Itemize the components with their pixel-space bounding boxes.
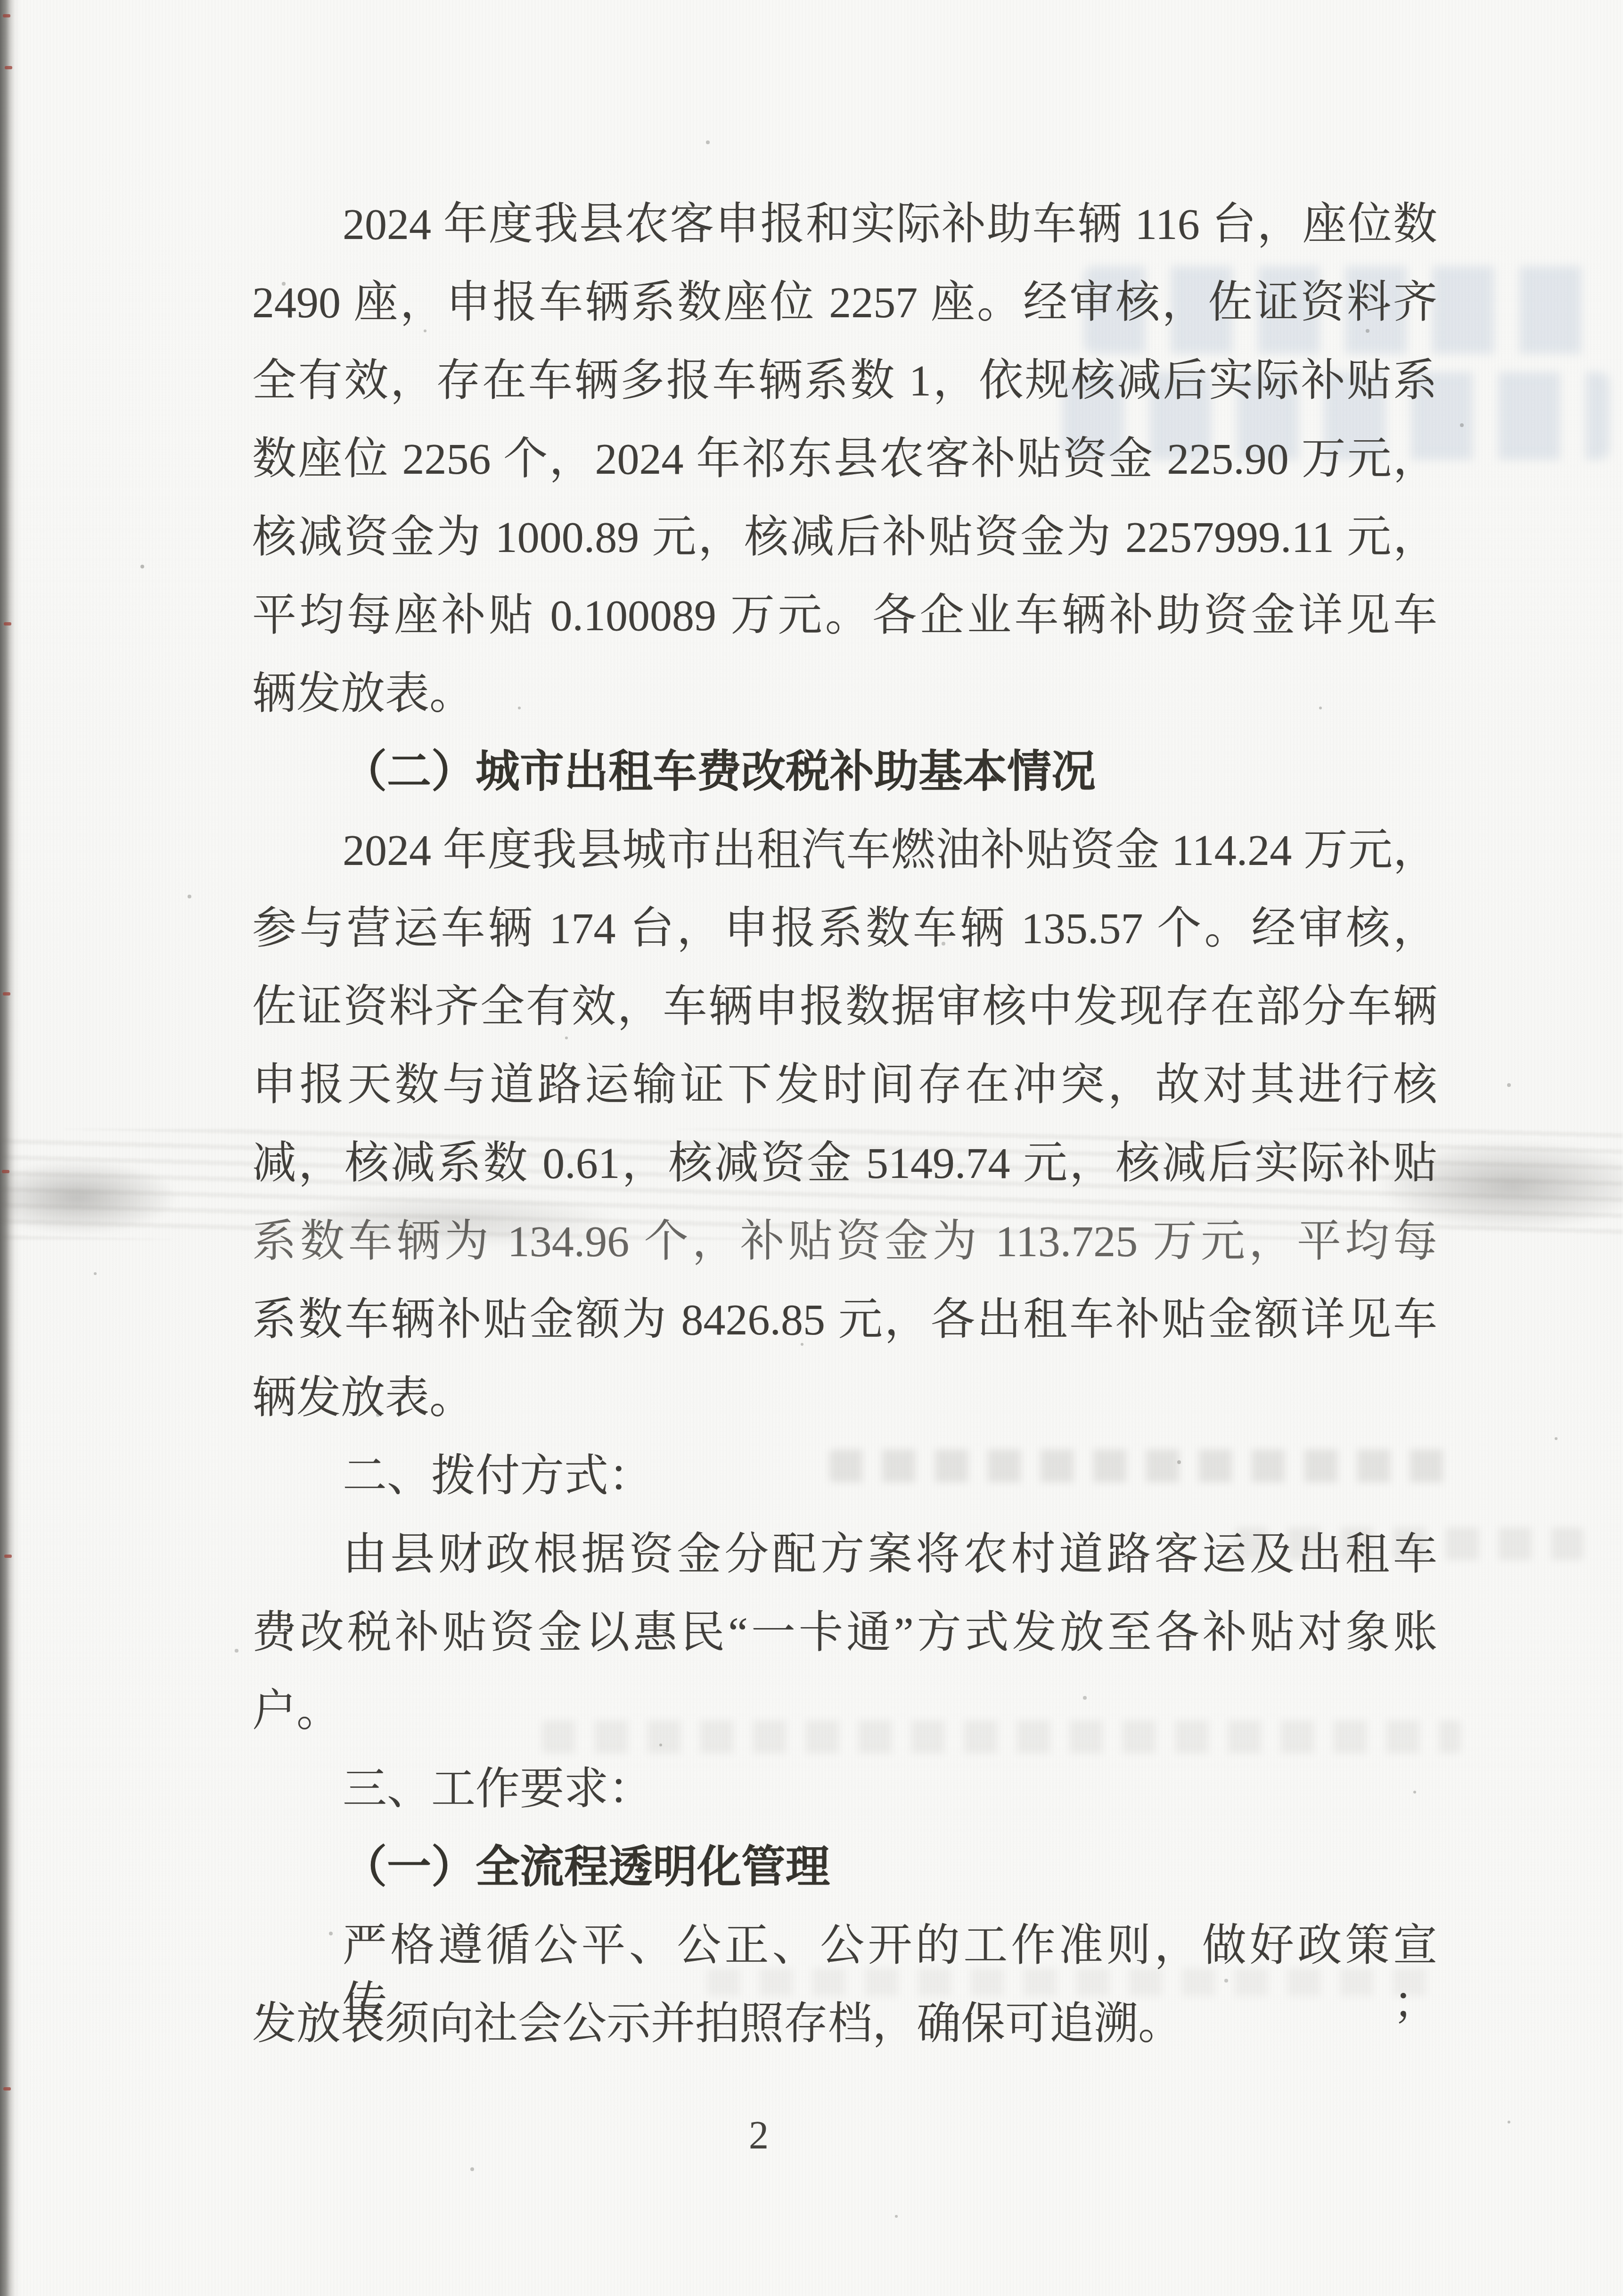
text-line: 2024 年度我县城市出租汽车燃油补贴资金 114.24 万元， (343, 822, 1437, 884)
section-heading: （二）城市出租车费改税补助基本情况 (343, 743, 1437, 806)
document-page: 2024 年度我县农客申报和实际补助车辆 116 台，座位数2490 座，申报车… (0, 0, 1623, 2296)
text-line: 费改税补贴资金以惠民“一卡通”方式发放至各补贴对象账 (252, 1604, 1437, 1666)
text-line: 佐证资料齐全有效，车辆申报数据审核中发现存在部分车辆 (252, 978, 1437, 1040)
section-heading: （一）全流程透明化管理 (343, 1839, 1437, 1901)
text-line: 平均每座补贴 0.100089 万元。各企业车辆补助资金详见车 (252, 587, 1437, 649)
text-line: 辆发放表。 (252, 665, 1437, 727)
text-line: 数座位 2256 个，2024 年祁东县农客补贴资金 225.90 万元， (252, 430, 1437, 493)
text-line: 申报天数与道路运输证下发时间存在冲突，故对其进行核 (252, 1056, 1437, 1119)
text-line: 严格遵循公平、公正、公开的工作准则，做好政策宣传； (343, 1917, 1437, 1979)
text-line: 系数车辆补贴金额为 8426.85 元，各出租车补贴金额详见车 (252, 1291, 1437, 1353)
text-line: 发放表须向社会公示并拍照存档，确保可追溯。 (252, 1995, 1437, 2057)
text-line: 全有效，存在车辆多报车辆系数 1，依规核减后实际补贴系 (252, 352, 1437, 414)
page-number: 2 (726, 2113, 792, 2158)
text-line: 三、工作要求： (343, 1761, 1437, 1823)
text-line: 辆发放表。 (252, 1369, 1437, 1432)
text-line: 系数车辆为 134.96 个，补贴资金为 113.725 万元，平均每 (252, 1213, 1437, 1275)
text-line: 核减资金为 1000.89 元，核减后补贴资金为 2257999.11 元， (252, 509, 1437, 571)
text-line: 减，核减系数 0.61，核减资金 5149.74 元，核减后实际补贴 (252, 1135, 1437, 1197)
text-line: 二、拨付方式： (343, 1448, 1437, 1510)
text-line: 户。 (252, 1682, 1437, 1745)
text-line: 由县财政根据资金分配方案将农村道路客运及出租车 (343, 1526, 1437, 1588)
text-line: 2490 座，申报车辆系数座位 2257 座。经审核，佐证资料齐 (252, 274, 1437, 336)
document-body: 2024 年度我县农客申报和实际补助车辆 116 台，座位数2490 座，申报车… (0, 0, 1623, 2296)
text-line: 参与营运车辆 174 台，申报系数车辆 135.57 个。经审核， (252, 900, 1437, 962)
text-line: 2024 年度我县农客申报和实际补助车辆 116 台，座位数 (343, 196, 1437, 258)
